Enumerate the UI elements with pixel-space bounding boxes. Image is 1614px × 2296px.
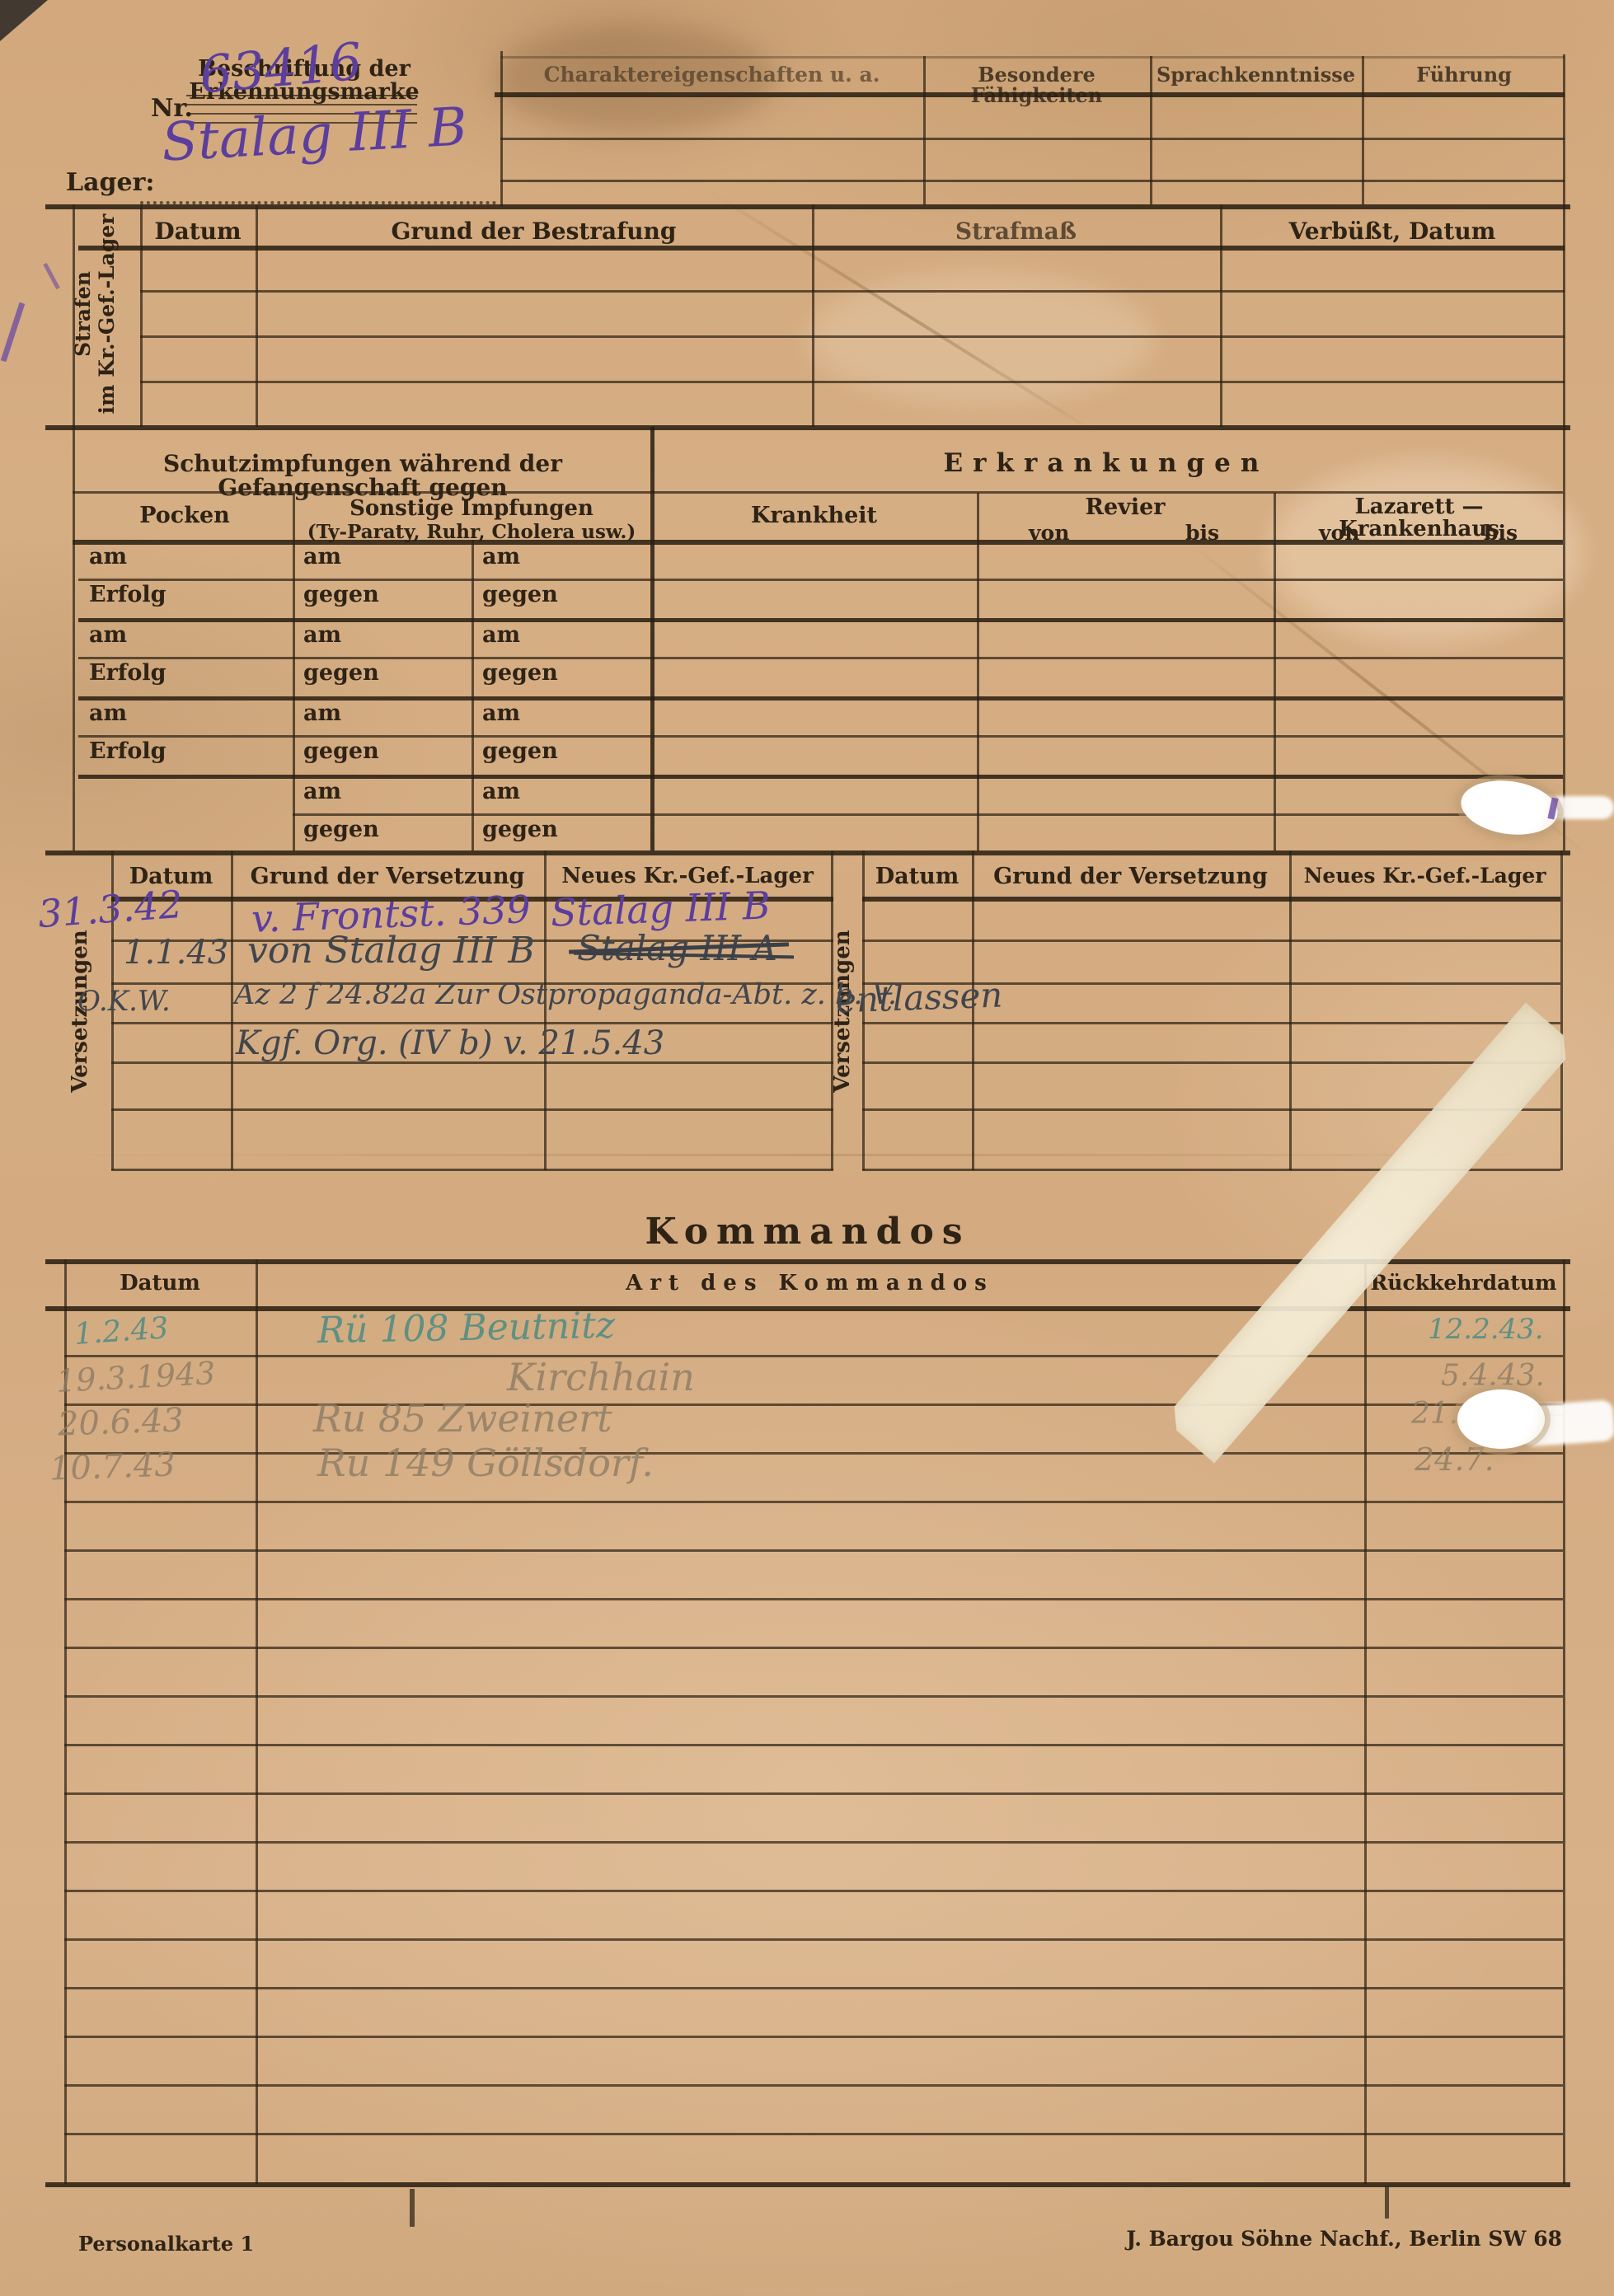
section-border: [45, 425, 1570, 430]
grid-line: [293, 493, 295, 850]
col-header-faehigkeiten: Besondere Fähigkeiten: [925, 64, 1148, 105]
kommandos-title: Kommandos: [396, 1213, 1220, 1251]
grid-line: [73, 540, 1563, 545]
versetzungen-header-datum: Datum: [864, 865, 970, 888]
grid-line: [862, 1022, 1560, 1024]
erkrankungen-header-revier: Revier: [978, 496, 1272, 519]
versetzungen-header-grund: Grund der Versetzung: [232, 865, 542, 888]
grid-line: [73, 204, 75, 850]
pocken-am-label: am: [89, 702, 127, 725]
kommando-entry-art: Kirchhain: [507, 1358, 695, 1396]
grid-line: [140, 290, 1565, 293]
impfung1-am-label: am: [303, 624, 341, 647]
kommando-entry-rueckkehr: 24.7.: [1415, 1444, 1494, 1475]
kommando-entry-art: Ru 85 Zweinert: [313, 1399, 612, 1437]
kommando-entry-datum: 20.6.43: [57, 1403, 184, 1441]
col-header-sprachen: Sprachkenntnisse: [1152, 64, 1360, 85]
grid-line: [78, 775, 1563, 779]
kommando-entry-datum: 19.3.1943: [55, 1357, 216, 1397]
grid-line: [293, 813, 1563, 816]
impfung1-am-label: am: [303, 780, 341, 804]
paper-stain: [1269, 462, 1583, 643]
impfung2-gegen-label: gegen: [482, 662, 558, 685]
kommando-entry-rueckkehr: 12.2.43.: [1428, 1315, 1544, 1343]
impfung2-am-label: am: [482, 702, 520, 725]
pocken-erfolg-label: Erfolg: [89, 740, 167, 763]
ink-smudge: [1, 302, 26, 363]
impfung2-am-label: am: [482, 624, 520, 647]
grid-line: [78, 696, 1563, 701]
grid-line: [862, 1061, 1560, 1064]
grid-line: [78, 657, 1563, 659]
kommandos-header-art: Art des Kommandos: [257, 1272, 1363, 1295]
kommandos-row-line: [64, 1841, 1563, 1844]
kommandos-row-line: [64, 1792, 1563, 1795]
grid-line: [111, 1108, 833, 1111]
grid-line: [78, 246, 1565, 251]
impfung1-am-label: am: [303, 546, 341, 569]
kommandos-row-line: [64, 1452, 1563, 1455]
versetzungen-header-lager: Neues Kr.-Gef.-Lager: [546, 865, 829, 888]
grid-line: [78, 618, 1563, 622]
impfung2-gegen-label: gegen: [482, 583, 558, 607]
ink-smudge: [43, 263, 59, 289]
paper-crease: [49, 1154, 1574, 1156]
footer-printer-imprint: J. Bargou Söhne Nachf., Berlin SW 68: [1113, 2228, 1562, 2250]
versetzungen-header-lager: Neues Kr.-Gef.-Lager: [1291, 865, 1559, 887]
versetzung-row1-lager: Stalag III B: [550, 886, 771, 931]
pocken-erfolg-label: Erfolg: [89, 583, 167, 607]
strafen-side-label-line1: Strafen: [72, 205, 96, 423]
grid-line: [111, 1169, 833, 1171]
versetzung-row1-datum: 31.3.42: [37, 885, 184, 933]
strafen-header-datum: Datum: [142, 219, 254, 243]
versetzung-row3-datum: O.K.W.: [77, 987, 171, 1015]
versetzung-row2-datum: 1.1.43: [124, 936, 228, 969]
grid-line: [1274, 493, 1276, 850]
grid-line: [472, 540, 474, 850]
impfungen-header-pocken: Pocken: [78, 504, 291, 527]
erkrankungen-header-krankheit: Krankheit: [653, 504, 975, 527]
kommandos-row-line: [64, 1598, 1563, 1600]
grid-line: [73, 491, 1563, 494]
section-border: [45, 204, 1570, 209]
kommandos-row-line: [64, 1549, 1563, 1552]
pocken-am-label: am: [89, 624, 127, 647]
registration-mark: [410, 2189, 415, 2227]
kommandos-header-rueckkehr: Rückkehrdatum: [1366, 1272, 1561, 1294]
impfung1-gegen-label: gegen: [303, 662, 379, 685]
kommandos-row-line: [64, 1744, 1563, 1746]
versetzung-row3-continuation: entlassen: [835, 977, 1003, 1018]
kommando-entry-rueckkehr: 5.4.43.: [1441, 1361, 1545, 1391]
grid-line: [862, 939, 1560, 942]
grid-line: [256, 1259, 258, 2184]
kommandos-row-line: [64, 1355, 1563, 1357]
pocken-am-label: am: [89, 546, 127, 569]
kommandos-row-line: [64, 2084, 1563, 2087]
strafen-side-label: Strafen im Kr.-Gef.-Lager: [72, 205, 129, 423]
versetzung-row2-lager-struck: Stalag III A: [577, 931, 777, 966]
strafen-header-strafmass: Strafmaß: [814, 219, 1218, 243]
section-border: [45, 850, 1570, 855]
col-header-eigenschaften: Charaktereigenschaften u. a.: [504, 64, 919, 86]
grid-line: [977, 493, 979, 850]
punch-hole: [1457, 1389, 1545, 1449]
kommando-entry-art: Rü 108 Beutnitz: [317, 1308, 616, 1349]
grid-line: [78, 735, 1563, 738]
kommandos-row-line: [64, 2036, 1563, 2038]
kommandos-row-line: [64, 1987, 1563, 1989]
impfung1-gegen-label: gegen: [303, 818, 379, 841]
kommandos-row-line: [64, 1403, 1563, 1406]
grid-line: [500, 138, 1565, 140]
grid-line: [140, 381, 1565, 383]
grid-line: [500, 180, 1565, 182]
personalkarte-back: Beschriftung der Erkennungsmarke Nr. 634…: [0, 0, 1614, 2296]
versetzung-row4-grund: Kgf. Org. (IV b) v. 21.5.43: [236, 1027, 664, 1060]
kommandos-row-line: [64, 2133, 1563, 2135]
kommando-entry-datum: 1.2.43: [73, 1314, 170, 1350]
versetzung-row2-grund: von Stalag III B: [247, 933, 535, 969]
impfung2-am-label: am: [482, 780, 520, 804]
strafen-header-grund: Grund der Bestrafung: [257, 219, 810, 243]
section-border: [45, 2182, 1570, 2187]
impfung2-gegen-label: gegen: [482, 818, 558, 841]
impfung1-gegen-label: gegen: [303, 583, 379, 607]
struck-text: Stalag III A: [577, 931, 777, 966]
impfungen-header-sonstige: Sonstige Impfungen: [294, 498, 649, 520]
erkrankungen-title: Erkrankungen: [653, 450, 1560, 477]
pocken-erfolg-label: Erfolg: [89, 662, 167, 685]
grid-line: [650, 427, 655, 850]
impfung2-am-label: am: [482, 546, 520, 569]
strafen-side-label-line2: im Kr.-Gef.-Lager: [96, 205, 120, 423]
kommando-entry-art: Ru 149 Göllsdorf.: [317, 1444, 654, 1482]
grid-line: [500, 56, 1565, 59]
versetzungen-header-grund: Grund der Versetzung: [974, 865, 1288, 888]
camp-dotted-line: [140, 176, 496, 204]
kommando-entry-datum: 10.7.43: [49, 1448, 176, 1485]
grid-line: [862, 897, 1560, 902]
grid-line: [1364, 1259, 1367, 2184]
grid-line: [140, 335, 1565, 338]
kommandos-row-line: [64, 1938, 1563, 1941]
grid-line: [1560, 850, 1563, 1170]
col-header-fuehrung: Führung: [1363, 64, 1565, 85]
grid-line: [1563, 54, 1565, 850]
kommandos-row-line: [64, 1501, 1563, 1503]
kommandos-row-line: [64, 1890, 1563, 1892]
grid-line: [495, 92, 1565, 97]
impfung2-gegen-label: gegen: [482, 740, 558, 763]
impfung1-am-label: am: [303, 702, 341, 725]
footer-form-name: Personalkarte 1: [78, 2233, 254, 2254]
tag-number-value: 63416: [198, 36, 364, 101]
versetzung-row3-grund: Az 2 f 24.82a Zur Ostpropaganda-Abt. z. …: [234, 981, 897, 1010]
strafen-header-verbuesst: Verbüßt, Datum: [1222, 219, 1563, 243]
camp-name-value: Stalag III B: [161, 101, 469, 169]
grid-line: [78, 579, 1563, 581]
kommandos-row-line: [64, 1647, 1563, 1649]
kommandos-header-datum: Datum: [66, 1272, 254, 1295]
kommandos-row-line: [64, 1695, 1563, 1698]
registration-mark: [1385, 2186, 1389, 2219]
impfung1-gegen-label: gegen: [303, 740, 379, 763]
punch-hole: [1457, 775, 1561, 841]
grid-line: [500, 51, 503, 206]
